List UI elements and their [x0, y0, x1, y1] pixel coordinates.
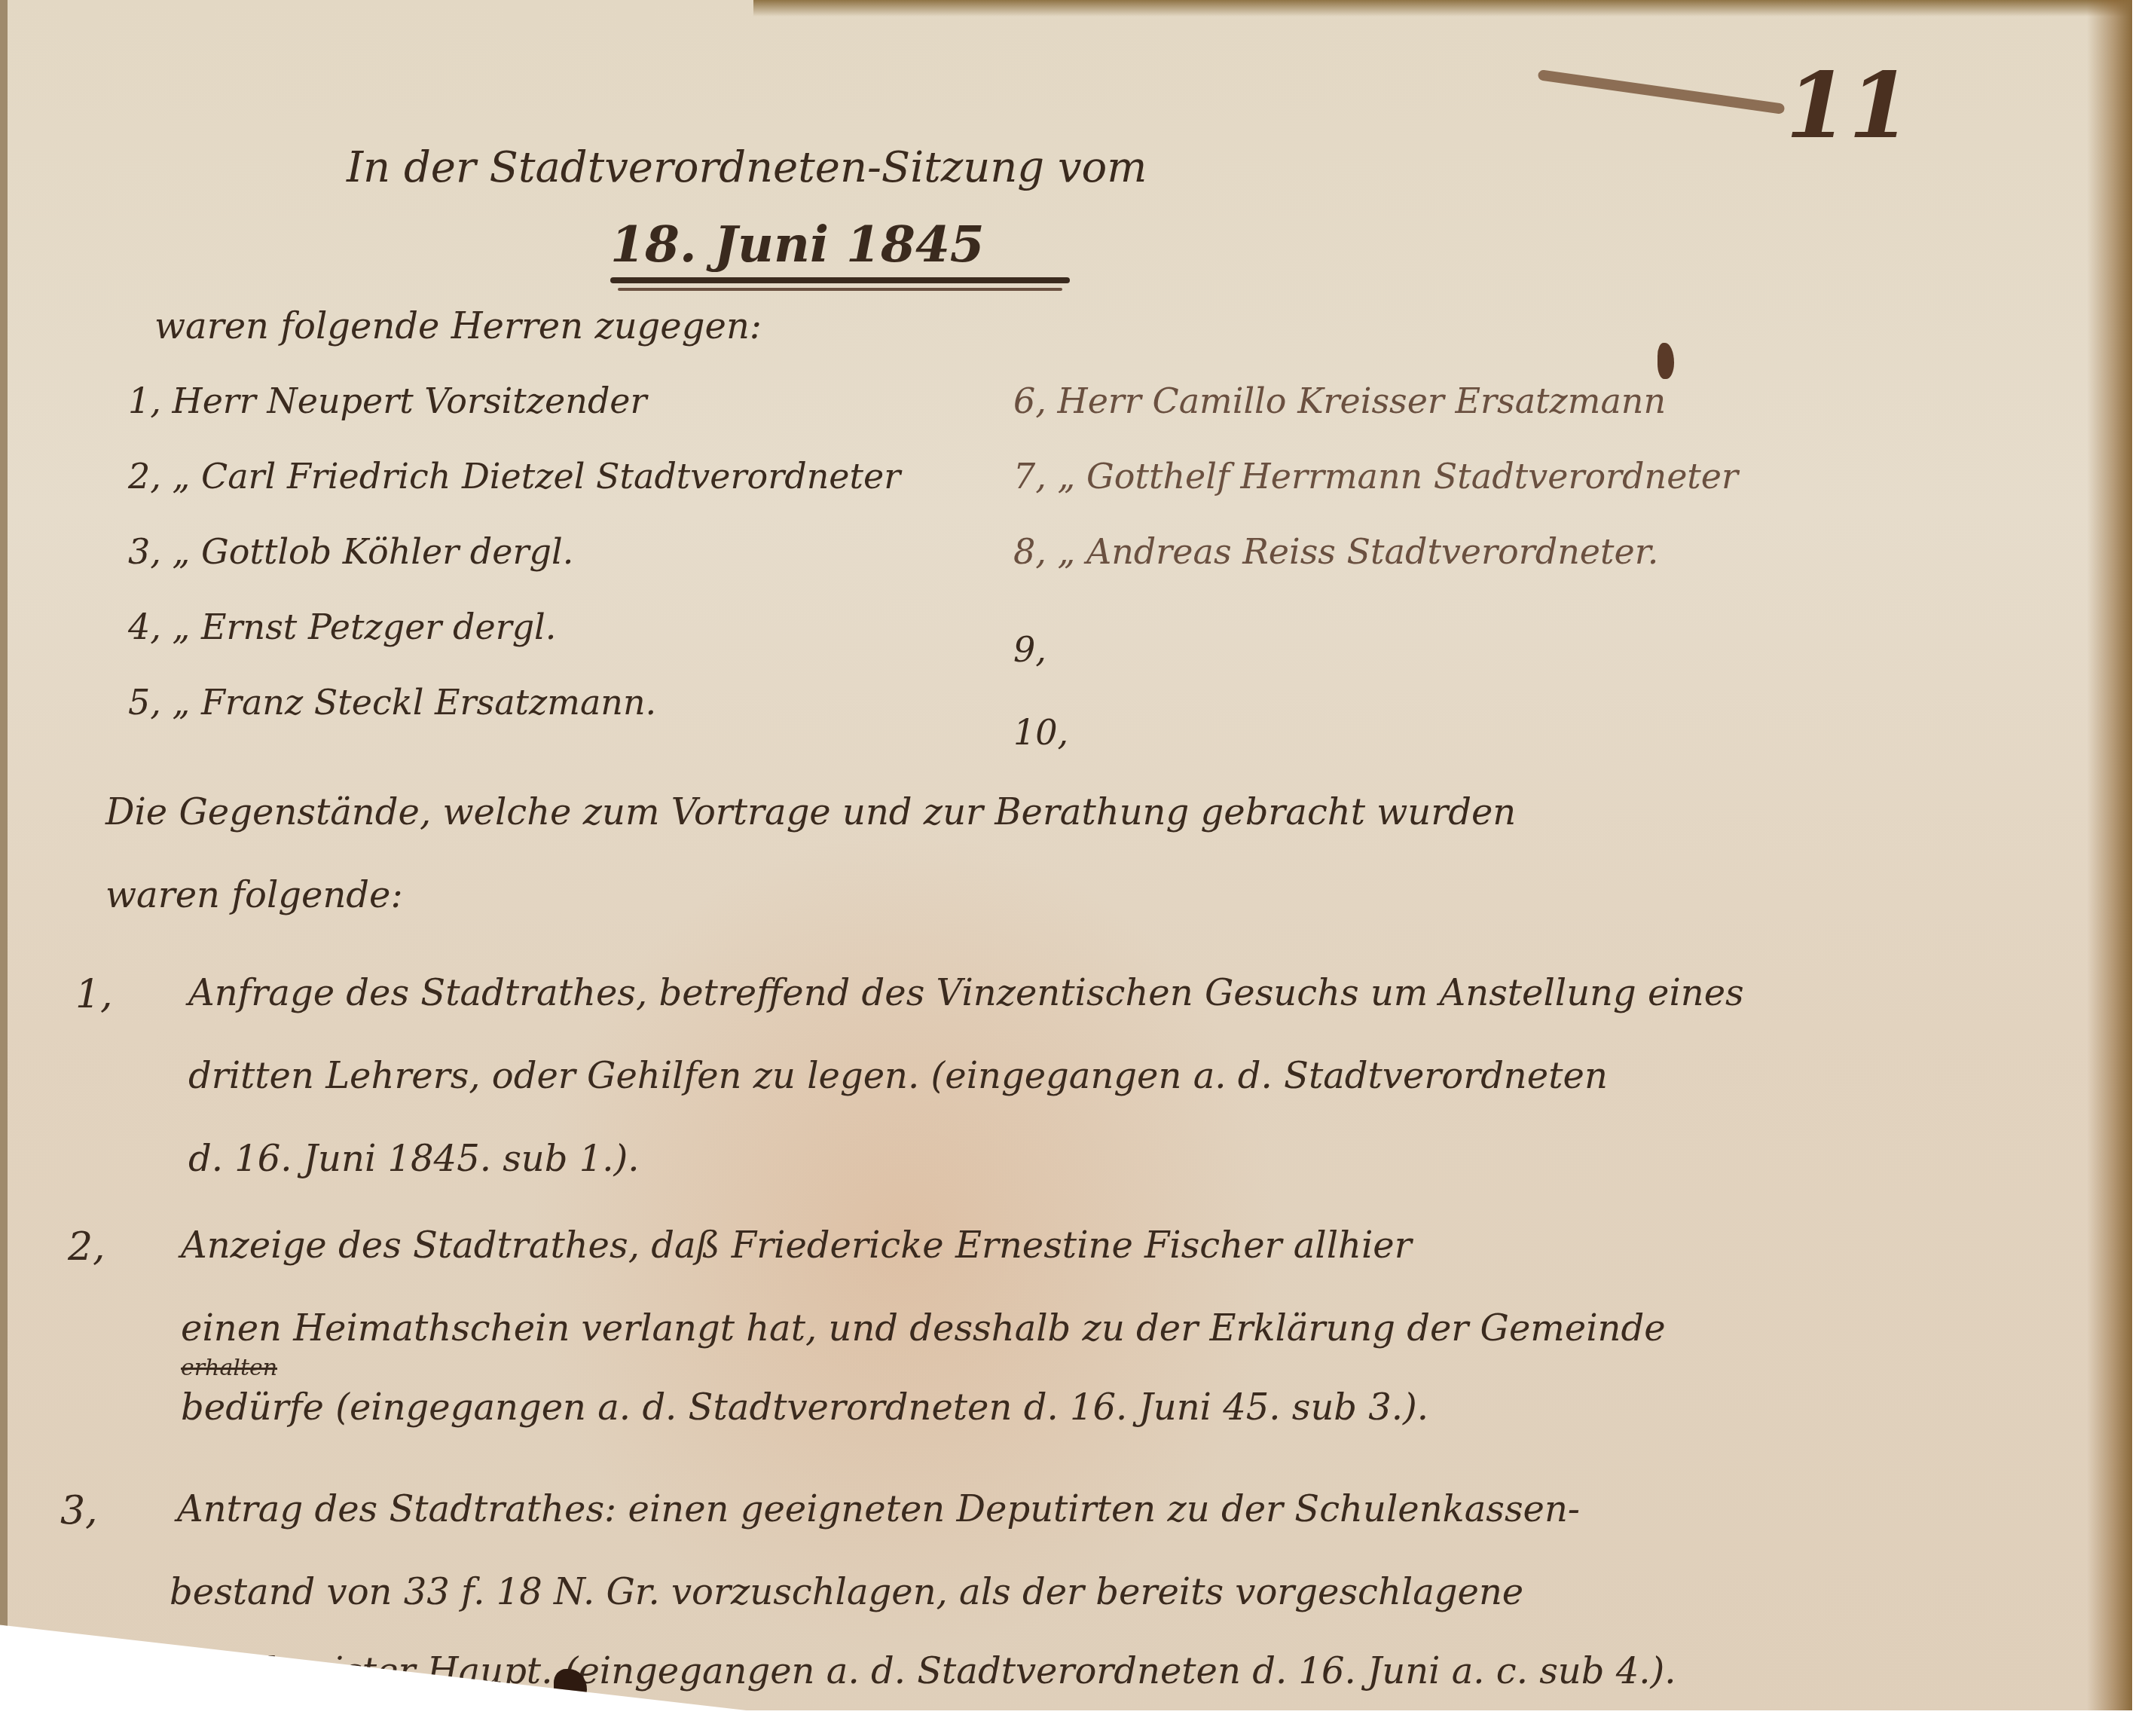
struck-word: erhalten — [181, 1355, 277, 1381]
member-row: 8, „ Andreas Reiss Stadtverordneter. — [1013, 531, 1658, 572]
ink-blot — [554, 1669, 587, 1707]
agenda-item-line: d. 16. Juni 1845. sub 1.). — [188, 1138, 640, 1180]
page-number: 11 — [1786, 53, 1911, 159]
member-row: 3, „ Gottlob Köhler dergl. — [128, 531, 573, 572]
agenda-item-line: dritten Lehrers, oder Gehilfen zu legen.… — [188, 1055, 1608, 1097]
member-row: 2, „ Carl Friedrich Dietzel Stadtverordn… — [128, 456, 900, 497]
page-top-edge — [753, 0, 2132, 17]
agenda-intro-line: waren folgende: — [105, 874, 403, 916]
member-number: 6, — [1013, 381, 1046, 421]
member-name: Herr Camillo Kreisser Ersatzmann — [1058, 381, 1667, 421]
member-row: 1, Herr Neupert Vorsitzender — [128, 381, 647, 421]
member-name: „ Andreas Reiss Stadtverordneter. — [1058, 531, 1659, 572]
agenda-item-line: Antrag des Stadtrathes: einen geeigneten… — [177, 1488, 1580, 1530]
agenda-item-line: bedürfe (eingegangen a. d. Stadtverordne… — [181, 1386, 1428, 1429]
member-number: 9, — [1013, 629, 1046, 670]
manuscript-page: 11 In der Stadtverordneten-Sitzung vom 1… — [0, 0, 2132, 1710]
date-underline — [610, 277, 1070, 283]
agenda-item-line: bestand von 33 f. 18 N. Gr. vorzuschlage… — [170, 1571, 1523, 1613]
meeting-date: 18. Juni 1845 — [610, 215, 985, 274]
agenda-item-line: einen Heimathschein verlangt hat, und de… — [181, 1307, 1666, 1349]
date-underline-secondary — [618, 288, 1062, 291]
member-number: 4, — [128, 607, 161, 647]
member-row: 7, „ Gotthelf Herrmann Stadtverordneter — [1013, 456, 1738, 497]
agenda-item-number: 3, — [60, 1488, 98, 1533]
member-number: 3, — [128, 531, 161, 572]
member-row: 9, — [1013, 629, 1046, 670]
member-number: 5, — [128, 682, 161, 723]
agenda-intro-line: Die Gegenstände, welche zum Vortrage und… — [105, 791, 1516, 833]
page-right-edge — [2087, 0, 2132, 1710]
member-row: 5, „ Franz Steckl Ersatzmann. — [128, 682, 656, 723]
attendance-intro: waren folgende Herren zugegen: — [154, 305, 762, 347]
member-number: 1, — [128, 381, 161, 421]
page-left-edge — [0, 0, 8, 1710]
member-name: Herr Neupert Vorsitzender — [173, 381, 647, 421]
agenda-item-number: 2, — [68, 1224, 105, 1270]
member-name: „ Carl Friedrich Dietzel Stadtverordnete… — [173, 456, 901, 497]
agenda-item-line: Schulmeister Haupt. (eingegangen a. d. S… — [173, 1650, 1676, 1692]
member-number: 10, — [1013, 712, 1068, 753]
member-name: „ Gottlob Köhler dergl. — [173, 531, 574, 572]
agenda-item-line: Anfrage des Stadtrathes, betreffend des … — [188, 972, 1744, 1014]
member-name: „ Ernst Petzger dergl. — [173, 607, 557, 647]
agenda-item-line: Anzeige des Stadtrathes, daß Friedericke… — [181, 1224, 1412, 1267]
pen-stroke — [1538, 69, 1786, 115]
member-number: 7, — [1013, 456, 1046, 497]
agenda-item-number: 1, — [75, 972, 113, 1017]
member-name: „ Gotthelf Herrmann Stadtverordneter — [1058, 456, 1739, 497]
member-number: 2, — [128, 456, 161, 497]
ink-spot — [1658, 343, 1674, 379]
member-row: 4, „ Ernst Petzger dergl. — [128, 607, 556, 647]
member-number: 8, — [1013, 531, 1046, 572]
member-name: „ Franz Steckl Ersatzmann. — [173, 682, 657, 723]
member-row: 10, — [1013, 712, 1068, 753]
heading: In der Stadtverordneten-Sitzung vom — [347, 143, 1147, 192]
member-row: 6, Herr Camillo Kreisser Ersatzmann — [1013, 381, 1666, 421]
